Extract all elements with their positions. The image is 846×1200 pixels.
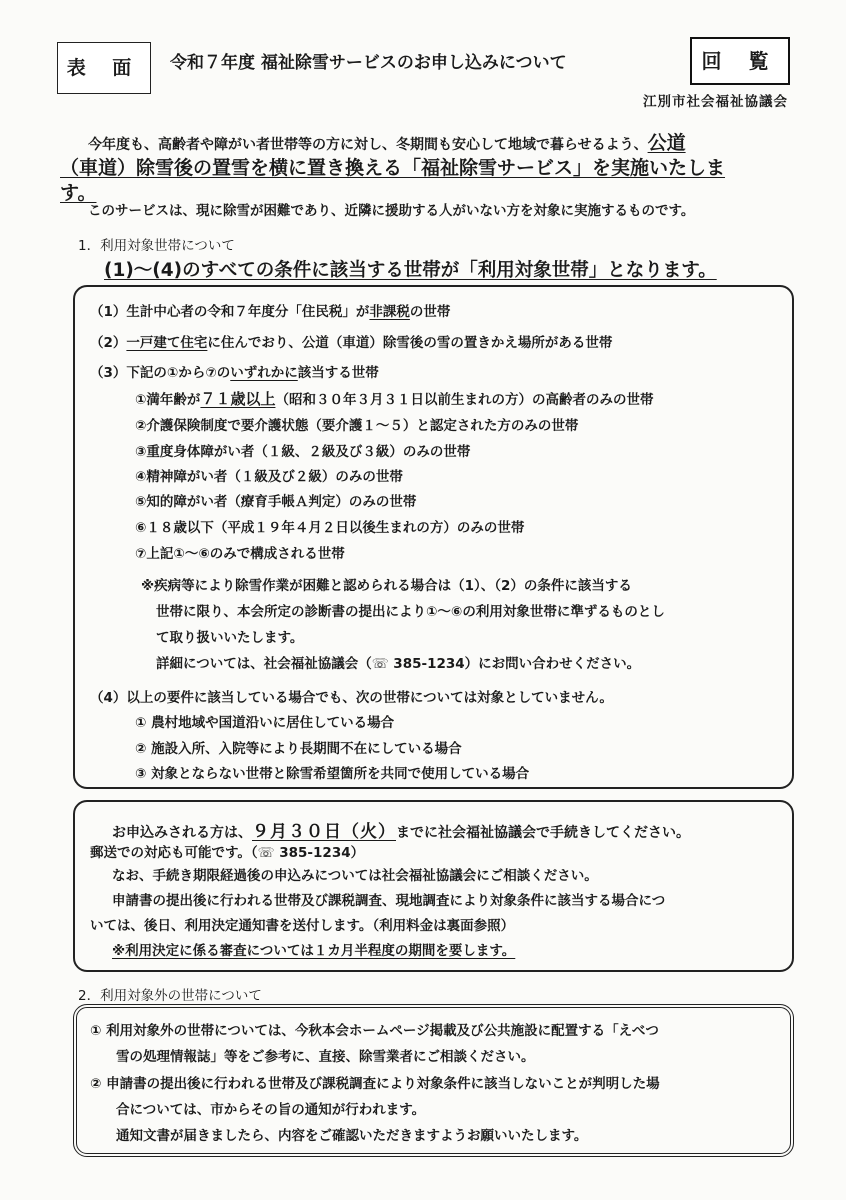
non-eligible-line-1: ① 利用対象外の世帯については、今秋本会ホームページ掲載及び公共施設に配置する「… (90, 1019, 659, 1039)
application-deadline-line: お申込みされる方は、９月３０日（火）までに社会福祉協議会で手続きしてください。 (112, 817, 690, 842)
application-review-period-note: ※利用決定に係る審査については１カ月半程度の期間を要します。 (112, 939, 515, 959)
condition-2-suffix: に住んでおり、公道（車道）除雪後の雪の置きかえ場所がある世帯 (207, 335, 612, 351)
condition-4-item-2: ② 施設入所、入院等により長期間不在にしている場合 (135, 737, 462, 757)
application-deadline-date: ９月３０日（火） (252, 822, 396, 842)
intro-line-1-emphasis: 公道 (648, 132, 686, 154)
non-eligible-line-4: 合については、市からその旨の通知が行われます。 (116, 1098, 425, 1118)
application-deadline-prefix: お申込みされる方は、 (112, 825, 252, 841)
application-late-note: なお、手続き期限経過後の申込みについては社会福祉協議会にご相談ください。 (112, 864, 598, 884)
condition-3-item-6: ⑥１８歳以下（平成１９年４月２日以後生まれの方）のみの世帯 (135, 516, 524, 536)
intro-line-1-text: 今年度も、高齢者や障がい者世帯等の方に対し、冬期間も安心して地域で暮らせるよう、 (88, 137, 648, 153)
condition-3-item-1: ①満年齢が７１歳以上（昭和３０年３月３１日以前生まれの方）の高齢者のみの世帯 (135, 388, 653, 409)
condition-2-prefix: （2） (90, 335, 126, 351)
application-deadline-suffix: までに社会福祉協議会で手続きしてください。 (396, 825, 690, 841)
condition-3-prefix: （3）下記の①から⑦の (90, 365, 230, 381)
application-review-line-2: いては、後日、利用決定通知書を送付します。（利用料金は裏面参照） (90, 914, 514, 934)
illness-note-contact: 詳細については、社会福祉協議会（☏ 385-1234）にお問い合わせください。 (156, 652, 640, 672)
application-review-line-1: 申請書の提出後に行われる世帯及び課税調査、現地調査により対象条件に該当する場合に… (112, 889, 665, 909)
condition-4: （4）以上の要件に該当している場合でも、次の世帯については対象としていません。 (90, 686, 613, 706)
condition-3-item-1-suffix: （昭和３０年３月３１日以前生まれの方）の高齢者のみの世帯 (275, 392, 653, 408)
document-title: 令和７年度 福祉除雪サービスのお申し込みについて (170, 48, 567, 73)
condition-1-emphasis: 非課税 (369, 304, 410, 320)
non-eligible-line-2: 雪の処理情報誌」等をご参考に、直接、除雪業者にご相談ください。 (116, 1045, 535, 1065)
condition-4-item-1: ① 農村地域や国道沿いに居住している場合 (135, 711, 394, 731)
condition-3-emphasis: いずれかに (230, 365, 298, 381)
condition-1: （1）生計中心者の令和７年度分「住民税」が非課税の世帯 (90, 300, 450, 320)
condition-3-item-3: ③重度身体障がい者（１級、２級及び３級）のみの世帯 (135, 440, 470, 460)
non-eligible-line-5: 通知文書が届きましたら、内容をご確認いただきますようお願いいたします。 (116, 1124, 587, 1144)
condition-3-suffix: 該当する世帯 (298, 365, 379, 381)
illness-note-line-3: て取り扱いいたします。 (156, 626, 303, 646)
condition-3-item-1-prefix: ①満年齢が (135, 392, 200, 408)
illness-note-line-1: ※疾病等により除雪作業が困難と認められる場合は（1）、（2）の条件に該当する (141, 574, 632, 594)
circulation-label: 回 覧 (690, 37, 790, 85)
condition-2-emphasis: 一戸建て住宅 (126, 335, 207, 351)
condition-2: （2）一戸建て住宅に住んでおり、公道（車道）除雪後の雪の置きかえ場所がある世帯 (90, 331, 612, 351)
intro-line-1: 今年度も、高齢者や障がい者世帯等の方に対し、冬期間も安心して地域で暮らせるよう、… (88, 128, 686, 155)
side-label-front: 表 面 (57, 42, 151, 94)
illness-note-line-2: 世帯に限り、本会所定の診断書の提出により①～⑥の利用対象世帯に準ずるものとし (156, 600, 665, 620)
non-eligible-line-3: ② 申請書の提出後に行われる世帯及び課税調査により対象条件に該当しないことが判明… (90, 1072, 660, 1092)
condition-3: （3）下記の①から⑦のいずれかに該当する世帯 (90, 361, 379, 381)
section1-heading: 1．利用対象世帯について (78, 234, 235, 254)
application-mail-note: 郵送での対応も可能です。（☏ 385-1234） (90, 841, 364, 861)
condition-1-prefix: （1）生計中心者の令和７年度分「住民税」が (90, 304, 369, 320)
condition-4-item-3: ③ 対象とならない世帯と除雪希望箇所を共同で使用している場合 (135, 762, 529, 782)
condition-1-suffix: の世帯 (410, 304, 451, 320)
condition-3-item-5: ⑤知的障がい者（療育手帳Ａ判定）のみの世帯 (135, 490, 416, 510)
intro-line-2-emphasis: （車道）除雪後の置雪を横に置き換える「福祉除雪サービス」を実施いたしま (60, 153, 725, 180)
organization-name: 江別市社会福祉協議会 (643, 90, 788, 110)
condition-3-item-2: ②介護保険制度で要介護状態（要介護１～５）と認定された方のみの世帯 (135, 414, 578, 434)
condition-3-item-4: ④精神障がい者（１級及び２級）のみの世帯 (135, 465, 403, 485)
section1-banner: (1)～(4)のすべての条件に該当する世帯が「利用対象世帯」となります。 (104, 256, 717, 282)
condition-3-item-7: ⑦上記①～⑥のみで構成される世帯 (135, 542, 345, 562)
section2-heading: 2．利用対象外の世帯について (78, 984, 262, 1004)
intro-line-4: このサービスは、現に除雪が困難であり、近隣に援助する人がいない方を対象に実施する… (88, 199, 694, 219)
condition-3-item-1-emphasis: ７１歳以上 (200, 390, 275, 408)
